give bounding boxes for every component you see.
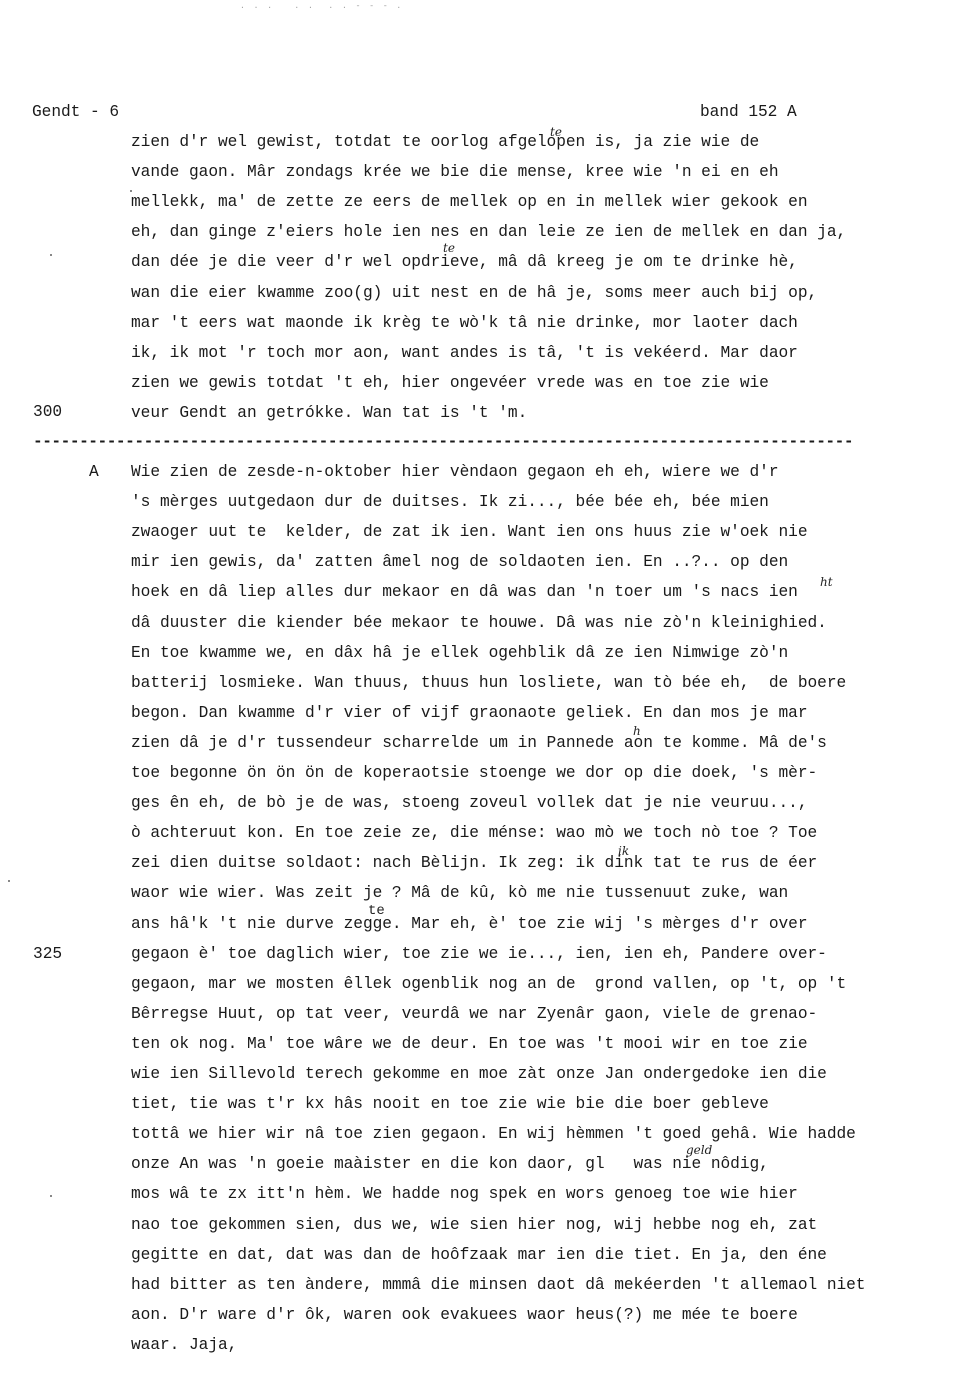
transcript-line: En toe kwamme we, en dâx hâ je ellek oge…	[131, 643, 788, 663]
transcript-line: Bêrregse Huut, op tat veer, veurdâ we na…	[131, 1004, 817, 1024]
handwritten-note: ik	[618, 845, 629, 857]
line-number-300: 300	[33, 402, 62, 422]
handwritten-note: geld	[686, 1144, 712, 1156]
handwritten-note: ht	[820, 576, 833, 588]
handwritten-note: te	[550, 126, 562, 138]
transcript-line: aon. D'r ware d'r ôk, waren ook evakuees…	[131, 1305, 798, 1325]
transcript-line: dâ duuster die kiender bée mekaor te hou…	[131, 613, 827, 633]
transcript-line: dan dée je die veer d'r wel opdrieve, mâ…	[131, 252, 798, 272]
transcript-line: ges ên eh, de bò je de was, stoeng zoveu…	[131, 793, 808, 813]
transcript-line: tottâ we hier wir nâ toe zien gegaon. En…	[131, 1124, 856, 1144]
transcript-line: eh, dan ginge z'eiers hole ien nes en da…	[131, 222, 846, 242]
transcript-line: vande gaon. Mâr zondags krée we bie die …	[131, 162, 779, 182]
transcript-line: gegitte en dat, dat was dan de hoôfzaak …	[131, 1245, 827, 1265]
handwritten-note: h	[633, 725, 641, 737]
transcript-line: ik, ik mot 'r toch mor aon, want andes i…	[131, 343, 798, 363]
page-header-tape-ref: band 152 A	[700, 102, 797, 122]
transcript-line: tiet, tie was t'r kx hâs nooit en toe zi…	[131, 1094, 769, 1114]
transcript-line: hoek en dâ liep alles dur mekaor en dâ w…	[131, 582, 798, 602]
transcript-line: ò achteruut kon. En toe zeie ze, die mén…	[131, 823, 817, 843]
scan-speck	[50, 254, 52, 256]
transcript-line: toe begonne ön ön ön de koperaotsie stoe…	[131, 763, 817, 783]
transcript-line: nao toe gekommen sien, dus we, wie sien …	[131, 1215, 817, 1235]
transcript-line: veur Gendt an getrókke. Wan tat is 't 'm…	[131, 403, 527, 423]
transcript-line: zien we gewis totdat 't eh, hier ongevée…	[131, 373, 769, 393]
handwritten-note: te	[368, 905, 385, 917]
transcript-line: mar 't eers wat maonde ik krèg te wò'k t…	[131, 313, 798, 333]
scan-artifact-marks: . . . . . . . - - - .	[240, 2, 403, 11]
transcript-line: wie ien Sillevold terech gekomme en moe …	[131, 1064, 827, 1084]
section-separator: ----------------------------------------…	[33, 432, 853, 452]
speaker-label: A	[89, 462, 99, 482]
transcript-line: mir ien gewis, da' zatten âmel nog de so…	[131, 552, 788, 572]
line-number-325: 325	[33, 944, 62, 964]
transcript-line: ans hâ'k 't nie durve zegge. Mar eh, è' …	[131, 914, 808, 934]
transcript-line: zei dien duitse soldaot: nach Bèlijn. Ik…	[131, 853, 817, 873]
scan-speck	[130, 190, 132, 192]
transcript-line: zwaoger uut te kelder, de zat ik ien. Wa…	[131, 522, 808, 542]
transcript-line: mellekk, ma' de zette ze eers de mellek …	[131, 192, 808, 212]
transcript-line: mos wâ te zx itt'n hèm. We hadde nog spe…	[131, 1184, 798, 1204]
transcript-line: had bitter as ten àndere, mmmâ die minse…	[131, 1275, 865, 1295]
transcript-line: zien dâ je d'r tussendeur scharrelde um …	[131, 733, 827, 753]
transcript-line: waar. Jaja,	[131, 1335, 237, 1355]
transcript-line: begon. Dan kwamme d'r vier of vijf graon…	[131, 703, 808, 723]
transcript-line: onze An was 'n goeie maàister en die kon…	[131, 1154, 769, 1174]
scan-speck	[8, 880, 10, 882]
transcript-line: gegaon è' toe daglich wier, toe zie we i…	[131, 944, 827, 964]
typewritten-transcript-page: . . . . . . . - - - . Gendt - 6 band 152…	[0, 0, 973, 1390]
transcript-line: waor wie wier. Was zeit je ? Mâ de kû, k…	[131, 883, 788, 903]
transcript-line: zien d'r wel gewist, totdat te oorlog af…	[131, 132, 759, 152]
page-header-location: Gendt - 6	[32, 102, 119, 122]
transcript-line: Wie zien de zesde-n-oktober hier vèndaon…	[131, 462, 779, 482]
transcript-line: ten ok nog. Ma' toe wâre we de deur. En …	[131, 1034, 808, 1054]
transcript-line: batterij losmieke. Wan thuus, thuus hun …	[131, 673, 846, 693]
handwritten-note: te	[443, 242, 455, 254]
transcript-line: gegaon, mar we mosten êllek ogenblik nog…	[131, 974, 846, 994]
scan-speck	[50, 1195, 52, 1197]
transcript-line: wan die eier kwamme zoo(g) uit nest en d…	[131, 283, 817, 303]
transcript-line: 's mèrges uutgedaon dur de duitses. Ik z…	[131, 492, 769, 512]
